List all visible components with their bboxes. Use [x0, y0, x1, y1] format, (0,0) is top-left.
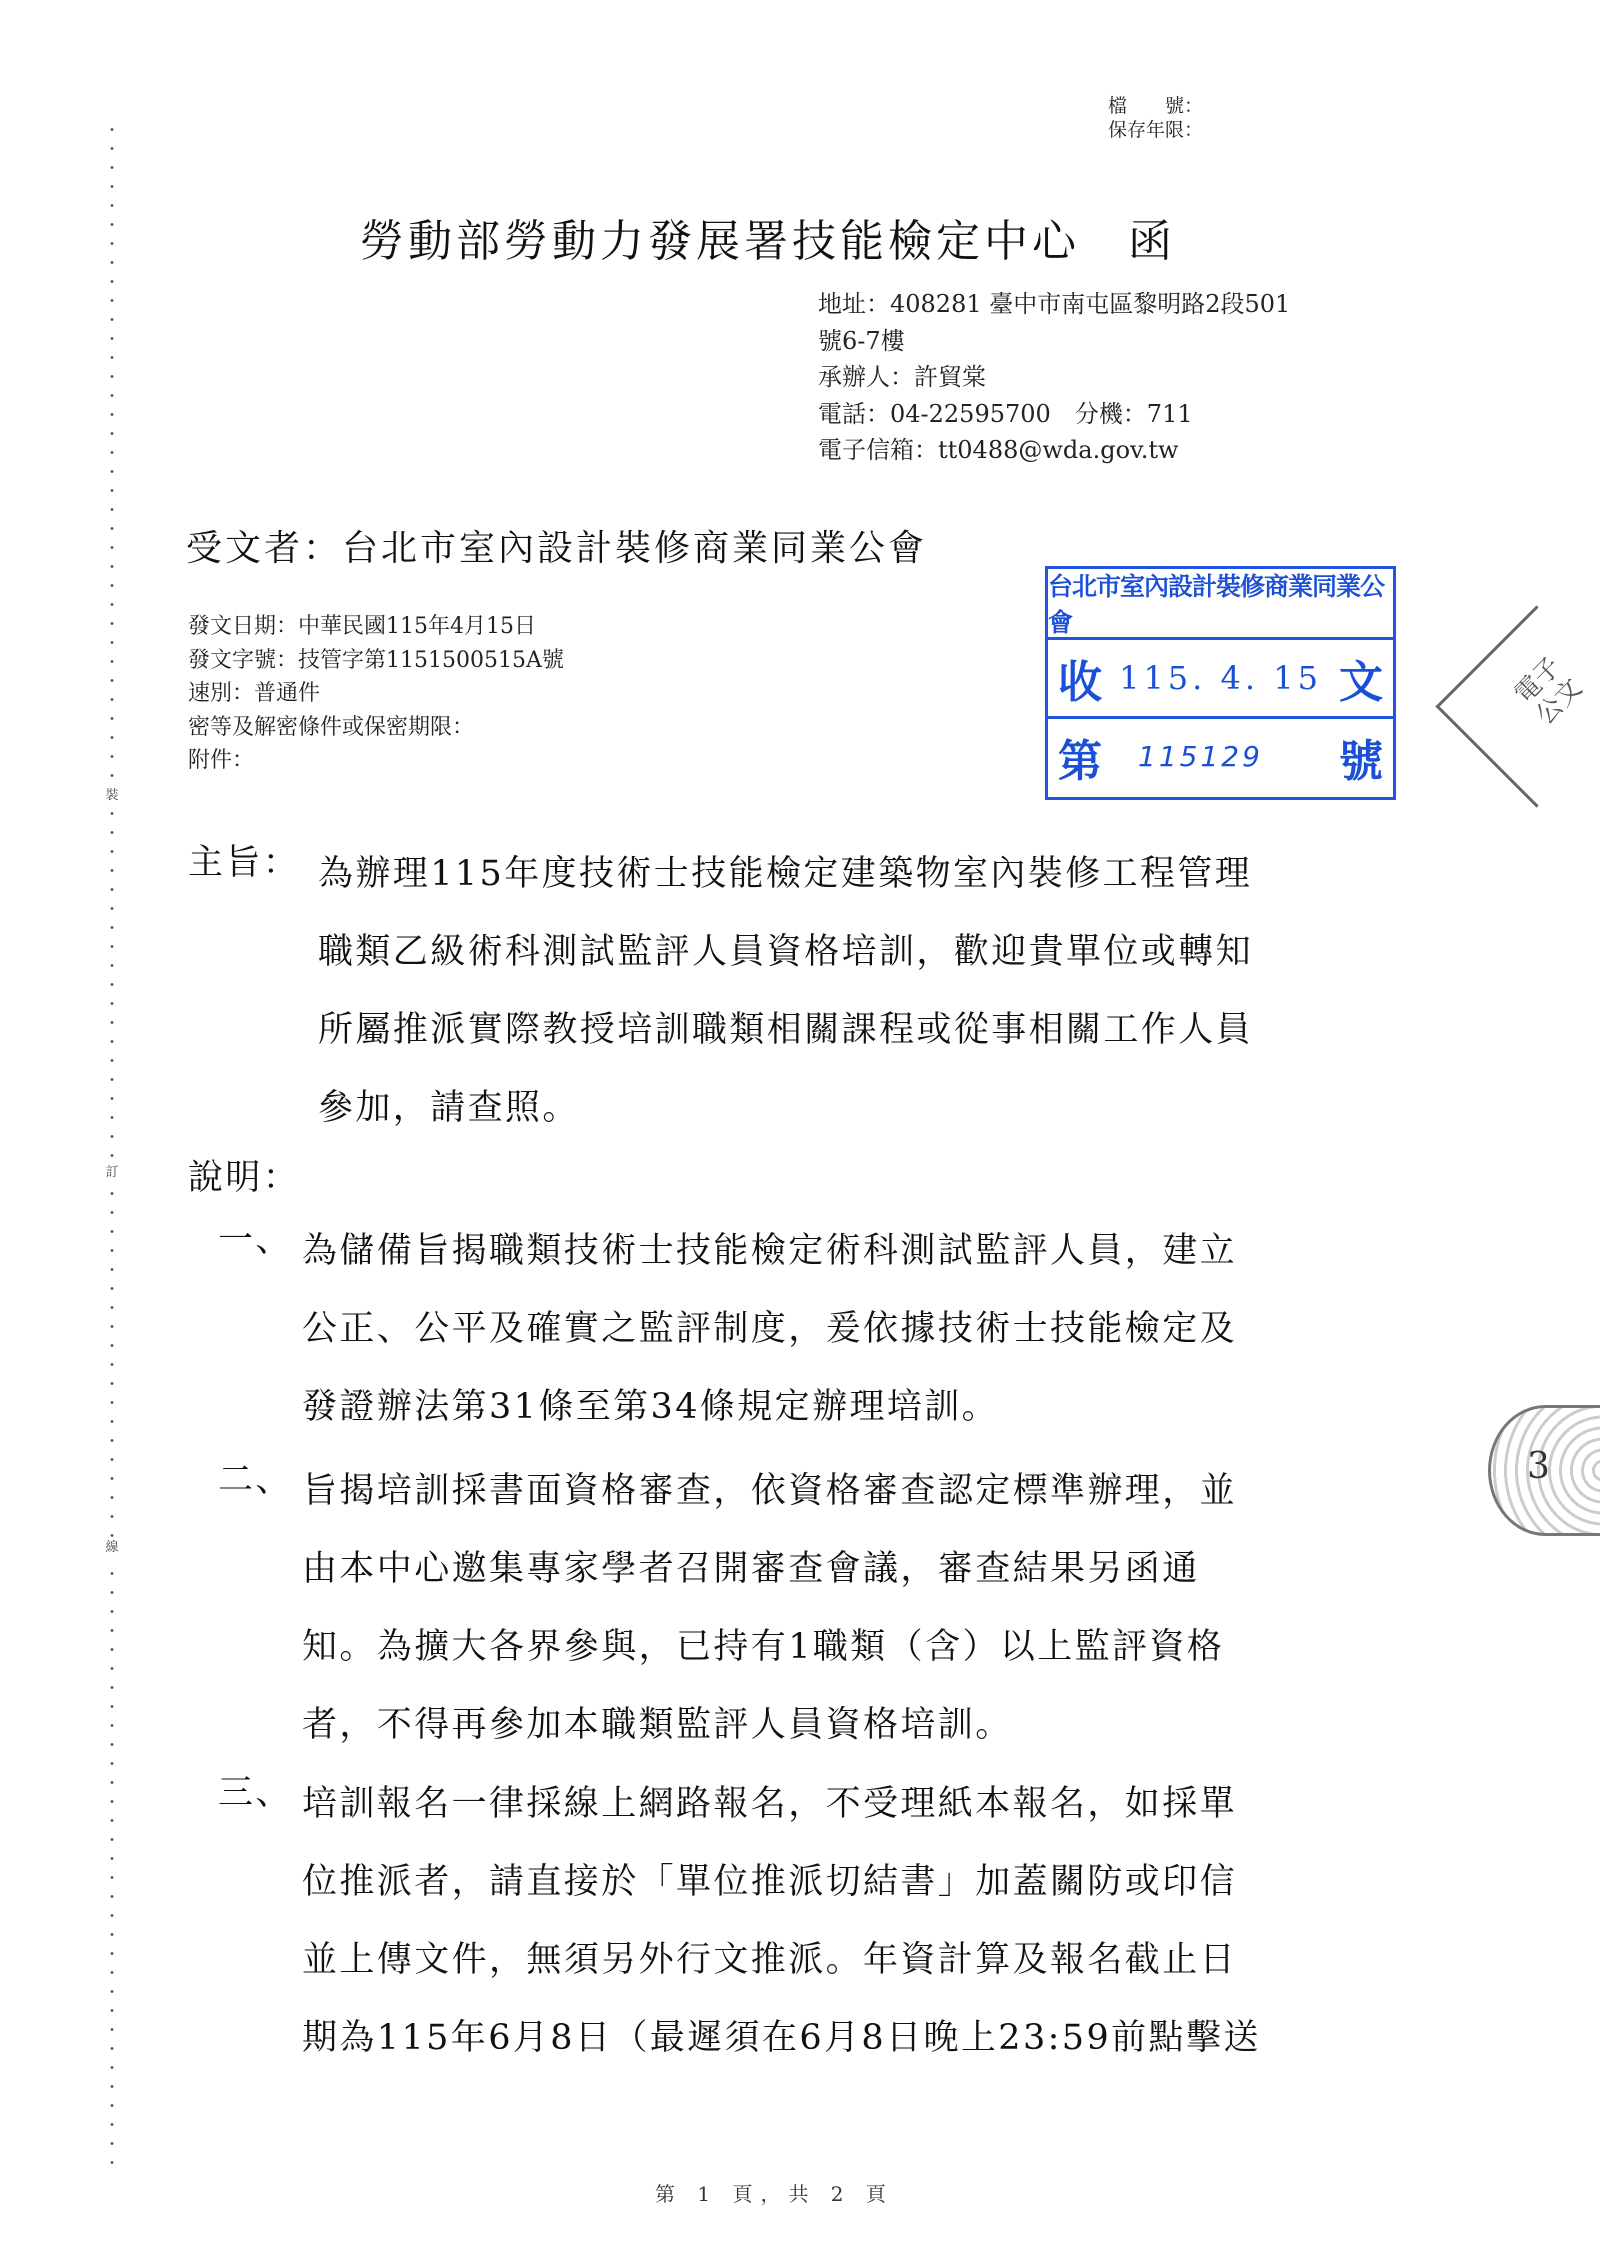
item-line: 公正、公平及確實之監評制度，爰依據技術士技能檢定及	[302, 1290, 1237, 1368]
address-line-1: 地址：408281 臺中市南屯區黎明路2段501	[818, 286, 1290, 323]
item-line: 由本中心邀集專家學者召開審查會議，審查結果另函通	[302, 1530, 1237, 1608]
explanation-item-3-marker: 三、	[218, 1765, 293, 1815]
email: 電子信箱：tt0488@wda.gov.tw	[818, 432, 1290, 469]
stamp-doc-char: 文	[1339, 646, 1383, 710]
speed: 速別：普通件	[188, 677, 564, 711]
page-seal-icon: 3	[1488, 1405, 1600, 1536]
sender-info: 地址：408281 臺中市南屯區黎明路2段501 號6-7樓 承辦人：許貿棠 電…	[818, 286, 1290, 469]
binding-margin-dots	[110, 120, 114, 2180]
archive-info: 檔 號： 保存年限：	[1108, 94, 1203, 142]
page-seal-number: 3	[1527, 1446, 1550, 1487]
stamp-receive-char: 收	[1058, 646, 1102, 710]
document-meta: 發文日期：中華民國115年4月15日 發文字號：技管字第1151500515A號…	[188, 610, 564, 778]
item-line: 發證辦法第31條至第34條規定辦理培訓。	[302, 1368, 1237, 1446]
item-line: 旨揭培訓採書面資格審查，依資格審查認定標準辦理，並	[302, 1452, 1237, 1530]
margin-label-staple: 訂	[103, 1165, 121, 1181]
item-line: 者，不得再參加本職類監評人員資格培訓。	[302, 1686, 1237, 1764]
explanation-item-1-marker: 一、	[218, 1212, 293, 1262]
issue-date: 發文日期：中華民國115年4月15日	[188, 610, 564, 644]
margin-label-bind: 裝	[103, 788, 121, 804]
item-line: 期為115年6月8日（最遲須在6月8日晚上23:59前點擊送	[302, 1999, 1261, 2077]
subject-body: 為辦理115年度技術士技能檢定建築物室內裝修工程管理 職類乙級術科測試監評人員資…	[318, 835, 1253, 1147]
recipient: 受文者：台北市室內設計裝修商業同業公會	[186, 520, 927, 571]
subject-label: 主旨：	[188, 835, 300, 885]
stamp-number-row: 第 115129 號	[1048, 719, 1393, 794]
explanation-item-3: 培訓報名一律採線上網路報名，不受理紙本報名，如採單 位推派者，請直接於「單位推派…	[302, 1765, 1261, 2077]
item-line: 為儲備旨揭職類技術士技能檢定術科測試監評人員，建立	[302, 1212, 1237, 1290]
receipt-stamp: 台北市室內設計裝修商業同業公會 收 115. 4. 15 文 第 115129 …	[1045, 566, 1396, 800]
retention-label: 保存年限：	[1108, 118, 1203, 142]
file-number-label: 檔 號：	[1108, 94, 1203, 118]
address-line-2: 號6-7樓	[818, 323, 1290, 360]
explanation-item-2: 旨揭培訓採書面資格審查，依資格審查認定標準辦理，並 由本中心邀集專家學者召開審查…	[302, 1452, 1237, 1764]
document-title: 勞動部勞動力發展署技能檢定中心 函	[360, 205, 1176, 269]
subject-line: 參加，請查照。	[318, 1069, 1253, 1147]
margin-label-line: 線	[103, 1540, 121, 1556]
subject-line: 為辦理115年度技術士技能檢定建築物室內裝修工程管理	[318, 835, 1253, 913]
stamp-date-row: 收 115. 4. 15 文	[1048, 640, 1393, 719]
subject-line: 職類乙級術科測試監評人員資格培訓，歡迎貴單位或轉知	[318, 913, 1253, 991]
stamp-date: 115. 4. 15	[1119, 659, 1322, 697]
explanation-label: 說明：	[188, 1150, 300, 1200]
item-line: 位推派者，請直接於「單位推派切結書」加蓋關防或印信	[302, 1843, 1261, 1921]
item-line: 知。為擴大各界參與，已持有1職類（含）以上監評資格	[302, 1608, 1237, 1686]
explanation-item-1: 為儲備旨揭職類技術士技能檢定術科測試監評人員，建立 公正、公平及確實之監評制度，…	[302, 1212, 1237, 1446]
doc-number: 發文字號：技管字第1151500515A號	[188, 644, 564, 678]
subject-line: 所屬推派實際教授培訓職類相關課程或從事相關工作人員	[318, 991, 1253, 1069]
phone: 電話：04-22595700 分機：711	[818, 396, 1290, 433]
stamp-number: 115129	[1138, 740, 1263, 773]
item-line: 培訓報名一律採線上網路報名，不受理紙本報名，如採單	[302, 1765, 1261, 1843]
stamp-org: 台北市室內設計裝修商業同業公會	[1048, 569, 1393, 640]
secrecy: 密等及解密條件或保密期限：	[188, 711, 564, 745]
item-line: 並上傳文件，無須另外行文推派。年資計算及報名截止日	[302, 1921, 1261, 1999]
explanation-item-2-marker: 二、	[218, 1452, 293, 1502]
stamp-number-char: 號	[1339, 725, 1383, 789]
attachment: 附件：	[188, 744, 564, 778]
page-number: 第 1 頁，共 2 頁	[655, 2178, 894, 2207]
stamp-ordinal-char: 第	[1058, 725, 1102, 789]
contact-person: 承辦人：許貿棠	[818, 359, 1290, 396]
